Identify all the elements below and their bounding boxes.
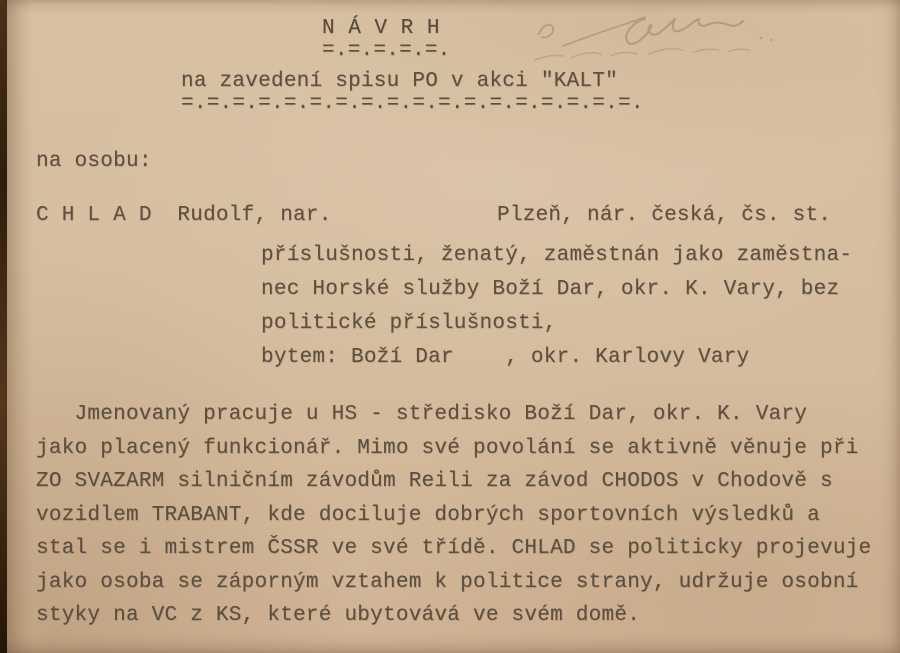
binding-edge (0, 0, 7, 653)
person-birth-place: Plzeň, nár. česká, čs. st. (497, 204, 831, 227)
person-name-line: C H L A D Rudolf, nar. Plzeň, nár. česká… (0, 204, 900, 230)
paragraph-line: Jmenovaný pracuje u HS - středisko Boží … (36, 398, 871, 432)
subtitle-underline: =.=.=.=.=.=.=.=.=.=.=.=.=.=.=.=.=.=. (181, 92, 644, 115)
paragraph-line: styky na VC z KS, které ubytovává ve své… (36, 599, 871, 633)
title-underline: =.=.=.=.=. (322, 39, 451, 62)
person-name: C H L A D Rudolf, nar. (36, 204, 332, 227)
paragraph-line: stal se i mistrem ČSSR ve své třídě. CHL… (36, 532, 871, 566)
paragraph-line: jako osoba se záporným vztahem k politic… (36, 566, 871, 600)
salutation: na osobu: (36, 150, 152, 173)
paragraph-line: ZO SVAZARM silničním závodům Reili za zá… (36, 465, 871, 499)
document-page: N Á V R H =.=.=.=.=. na zavedení spisu P… (0, 0, 900, 653)
body-paragraph: Jmenovaný pracuje u HS - středisko Boží … (36, 398, 871, 633)
person-detail-line: nec Horské služby Boží Dar, okr. K. Vary… (261, 273, 852, 307)
paragraph-line: jako placený funkcionář. Mimo své povolá… (36, 432, 871, 466)
person-detail-line: bytem: Boží Dar , okr. Karlovy Vary (261, 341, 852, 375)
document-subtitle: na zavedení spisu PO v akci "KALT" (181, 70, 618, 93)
person-details-block: příslušnosti, ženatý, zaměstnán jako zam… (261, 239, 852, 375)
binding-edge-shadow (7, 0, 33, 653)
handwritten-signature (525, 2, 825, 74)
paragraph-line: vozidlem TRABANT, kde dociluje dobrých s… (36, 499, 871, 533)
person-detail-line: příslušnosti, ženatý, zaměstnán jako zam… (261, 239, 852, 273)
document-title: N Á V R H (322, 17, 440, 40)
person-detail-line: politické příslušnosti, (261, 307, 852, 341)
